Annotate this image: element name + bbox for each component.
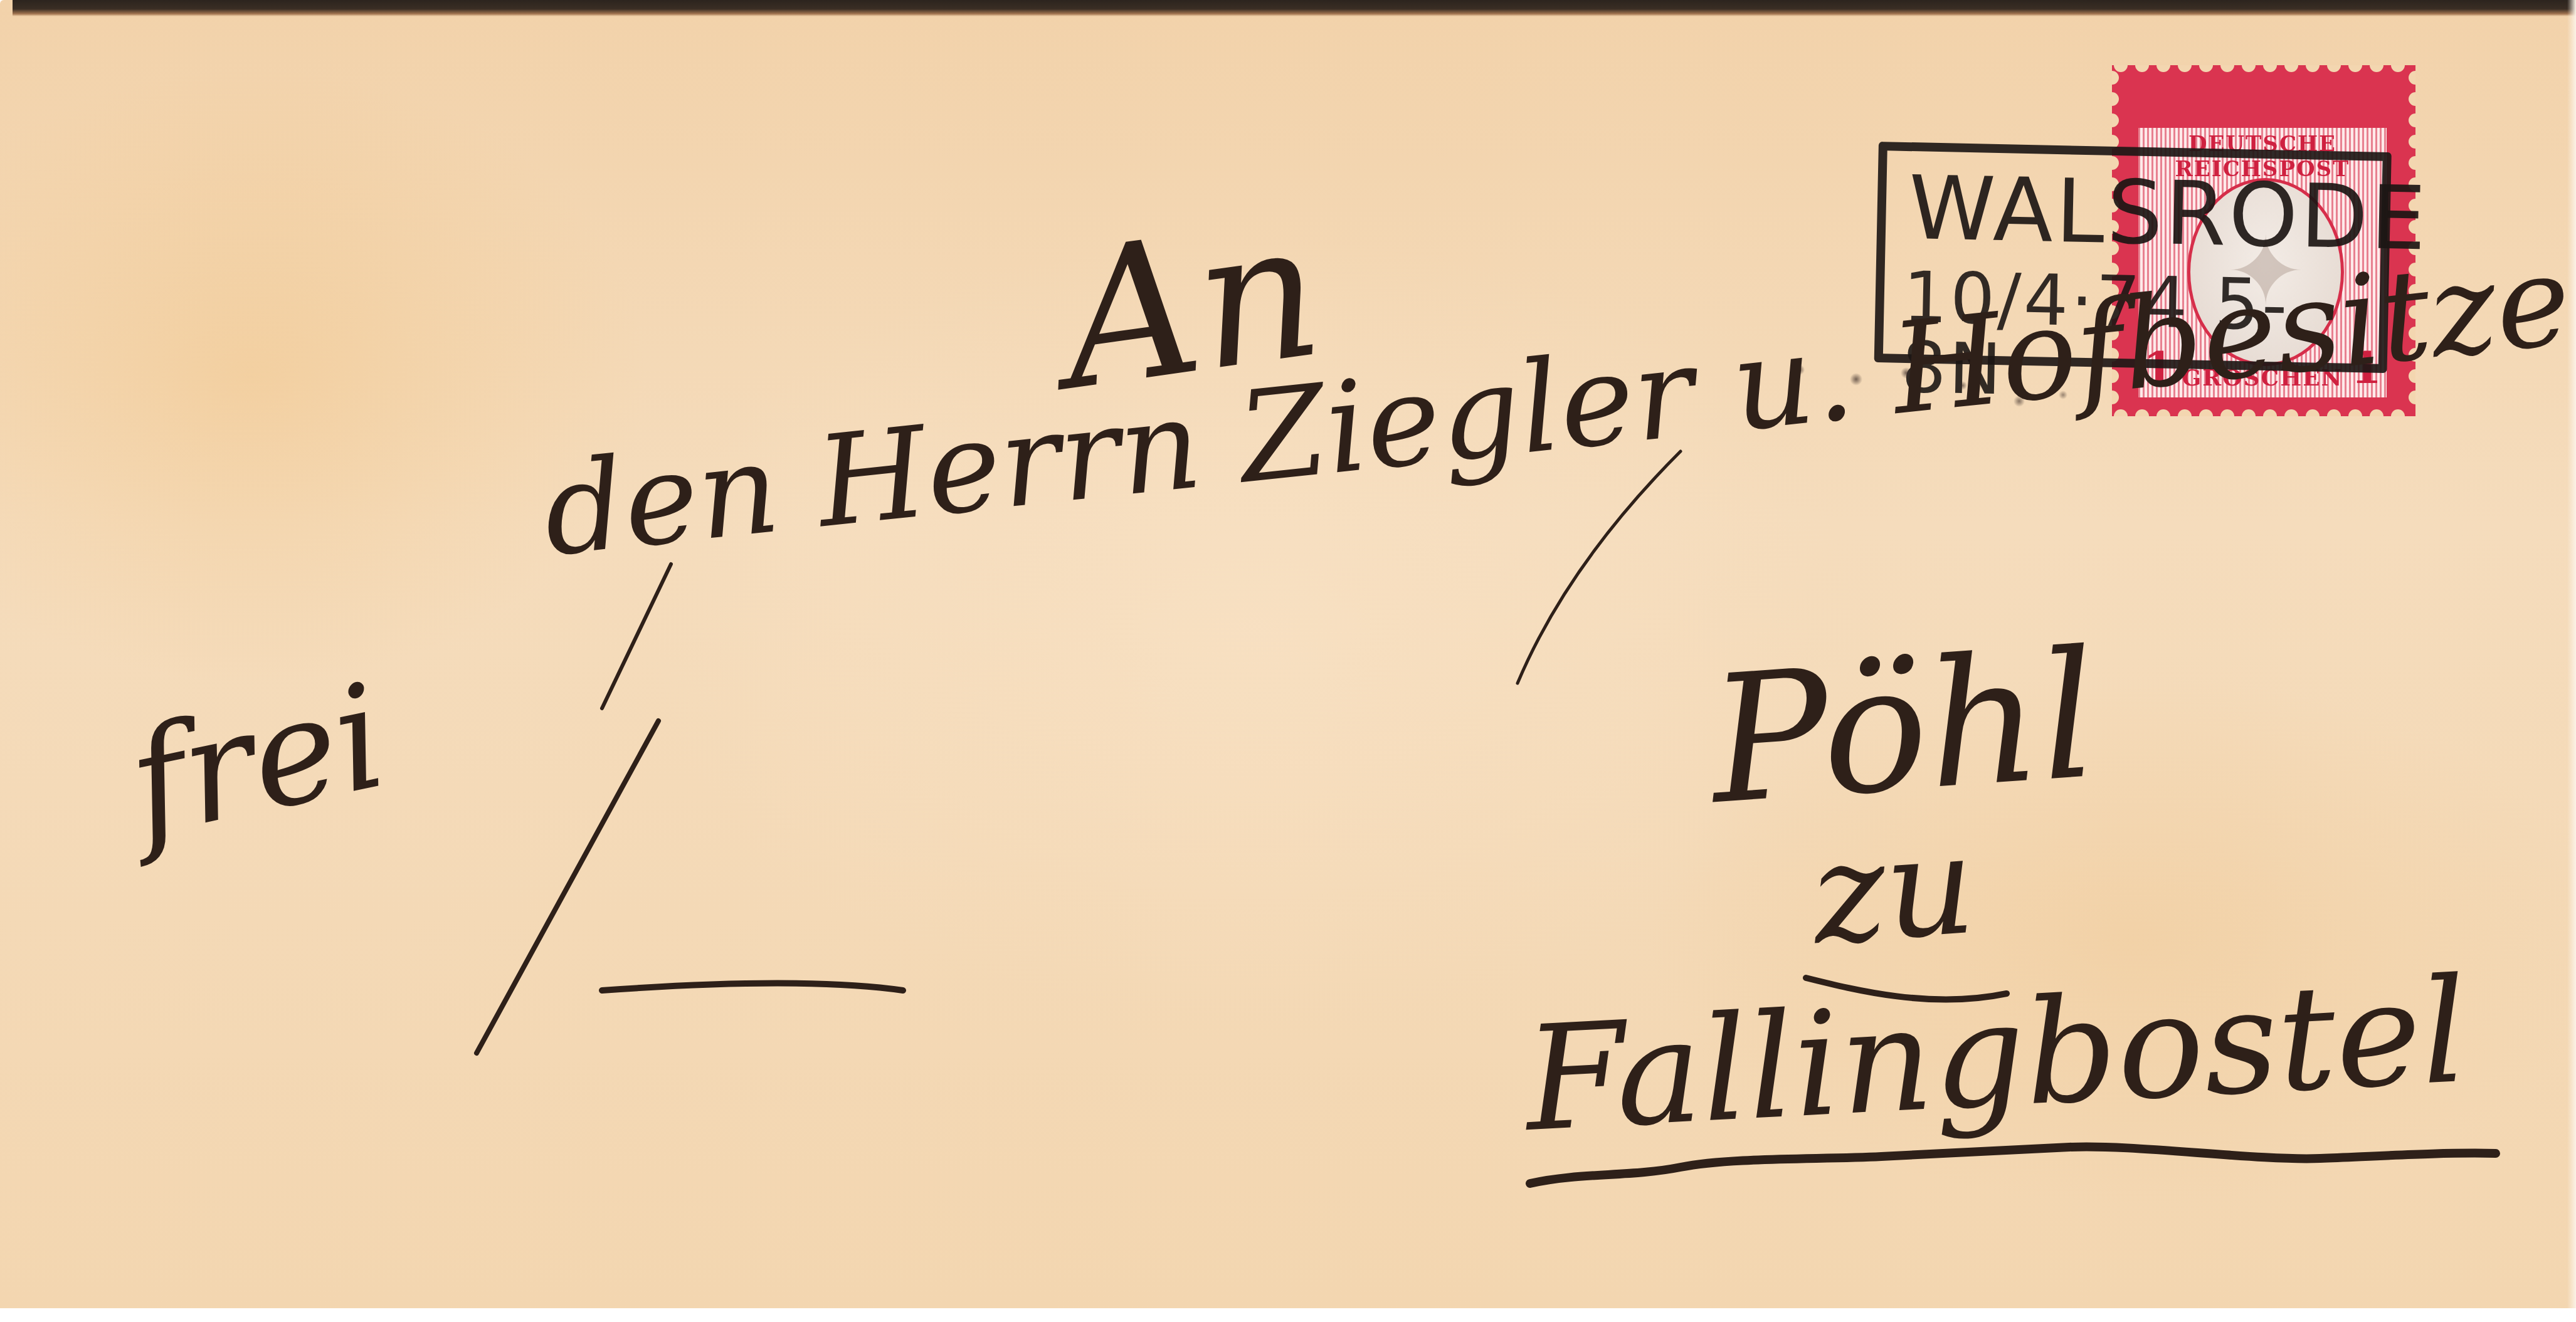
- ink-flourishes: [0, 0, 2576, 1322]
